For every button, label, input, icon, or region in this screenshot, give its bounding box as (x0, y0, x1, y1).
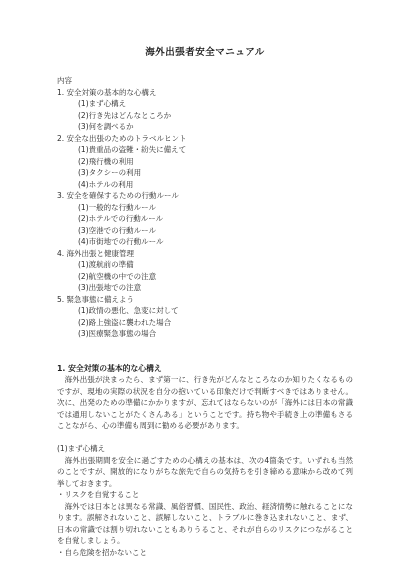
toc-subitem: (2)行き先はどんなところか (57, 110, 353, 122)
toc-subitem: (3)何を調べるか (57, 121, 353, 133)
toc-subitem: (3)出張地での注意 (57, 282, 353, 294)
section-heading: 1. 安全対策の基本的な心構え (57, 363, 353, 375)
toc-subitem: (1)渡航前の準備 (57, 259, 353, 271)
toc-label: 内容 (57, 75, 353, 87)
body-line: (1)まず心構え (57, 443, 353, 455)
blank-line (57, 432, 353, 444)
toc-subitem: (2)路上強盗に襲われた場合 (57, 317, 353, 329)
toc-item: 3. 安全を確保するための行動ルール (57, 190, 353, 202)
toc-subitem: (4)ホテルの利用 (57, 179, 353, 191)
body-paragraph: 海外では日本とは異なる常識、風俗習慣、国民性、政治、経済情勢に触れることになりま… (57, 501, 353, 547)
toc-item: 4. 海外出張と健康管理 (57, 248, 353, 260)
toc-subitem: (2)飛行機の利用 (57, 156, 353, 168)
toc-subitem: (3)空港での行動ルール (57, 225, 353, 237)
body-paragraph: 海外出張期間を安全に過ごすための心構えの基本は、次の4箇条です。いずれも当然のこ… (57, 455, 353, 490)
toc-subitem: (2)航空機の中での注意 (57, 271, 353, 283)
body-paragraph: 海外出張が決まったら、まず第一に、行き先がどんなところなのか知りたくなるものです… (57, 374, 353, 432)
document-page: 海外出張者安全マニュアル 内容 1. 安全対策の基本的な心構え(1)まず心構え(… (0, 0, 410, 580)
table-of-contents: 内容 1. 安全対策の基本的な心構え(1)まず心構え(2)行き先はどんなところか… (57, 75, 353, 340)
toc-subitem: (3)医療緊急事態の場合 (57, 328, 353, 340)
section-basic-mindset: 1. 安全対策の基本的な心構え 海外出張が決まったら、まず第一に、行き先がどんな… (57, 363, 353, 559)
toc-items: 1. 安全対策の基本的な心構え(1)まず心構え(2)行き先はどんなところか(3)… (57, 87, 353, 340)
toc-item: 5. 緊急事態に備えよう (57, 294, 353, 306)
body-line: ・リスクを自覚すること (57, 489, 353, 501)
toc-item: 1. 安全対策の基本的な心構え (57, 87, 353, 99)
toc-subitem: (1)政情の悪化、急変に対して (57, 305, 353, 317)
toc-subitem: (1)一般的な行動ルール (57, 202, 353, 214)
body-line: ・自ら危険を招かないこと (57, 547, 353, 559)
toc-subitem: (1)貴重品の盗難・紛失に備えて (57, 144, 353, 156)
toc-subitem: (1)まず心構え (57, 98, 353, 110)
document-title: 海外出張者安全マニュアル (57, 47, 353, 59)
toc-subitem: (2)ホテルでの行動ルール (57, 213, 353, 225)
toc-item: 2. 安全な出張のためのトラベルヒント (57, 133, 353, 145)
toc-subitem: (4)市街地での行動ルール (57, 236, 353, 248)
section-blocks: 1. 安全対策の基本的な心構え 海外出張が決まったら、まず第一に、行き先がどんな… (57, 363, 353, 559)
toc-subitem: (3)タクシーの利用 (57, 167, 353, 179)
